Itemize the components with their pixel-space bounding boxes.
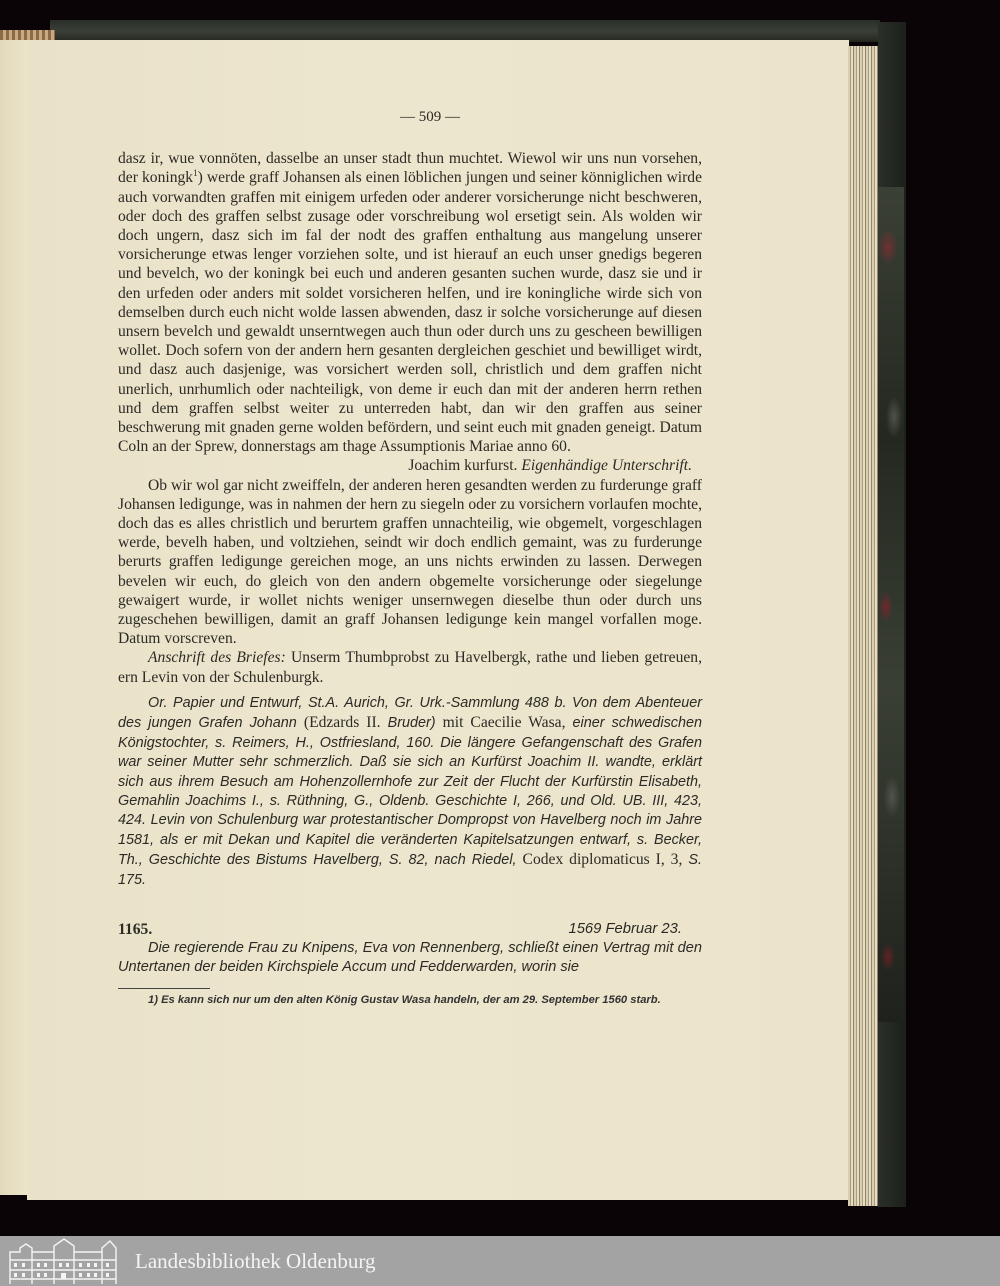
footnote-divider (118, 988, 210, 989)
postscript: Ob wir wol gar nicht zweiffeln, der ande… (118, 476, 702, 649)
book-cover-top (50, 20, 880, 42)
footnote: 1) Es kann sich nur um den alten König G… (118, 993, 702, 1007)
entry-number: 1165. (118, 920, 152, 939)
editorial-note: Or. Papier und Entwurf, St.A. Aurich, Gr… (118, 694, 702, 890)
library-building-icon (6, 1238, 121, 1284)
entry-header: 1165. 1569 Februar 23. (118, 920, 702, 939)
page-number: — 509 — (158, 108, 702, 127)
entry-date: 1569 Februar 23. (568, 920, 702, 939)
letter-body: dasz ir, wue vonnöten, dasselbe an unser… (118, 149, 702, 456)
facing-page-edge (0, 40, 28, 1195)
page-text: — 509 — dasz ir, wue vonnöten, dasselbe … (118, 108, 702, 1007)
letter-address: Anschrift des Briefes: Unserm Thumbprobs… (118, 648, 702, 686)
library-banner: Landesbibliothek Oldenburg (0, 1236, 1000, 1286)
page-stack-edges (848, 46, 878, 1206)
library-name: Landesbibliothek Oldenburg (135, 1249, 376, 1274)
marbled-endpaper (878, 187, 904, 1022)
entry-summary: Die regierende Frau zu Knipens, Eva von … (118, 939, 702, 977)
signature: Joachim kurfurst. Eigenhändige Unterschr… (118, 456, 702, 475)
